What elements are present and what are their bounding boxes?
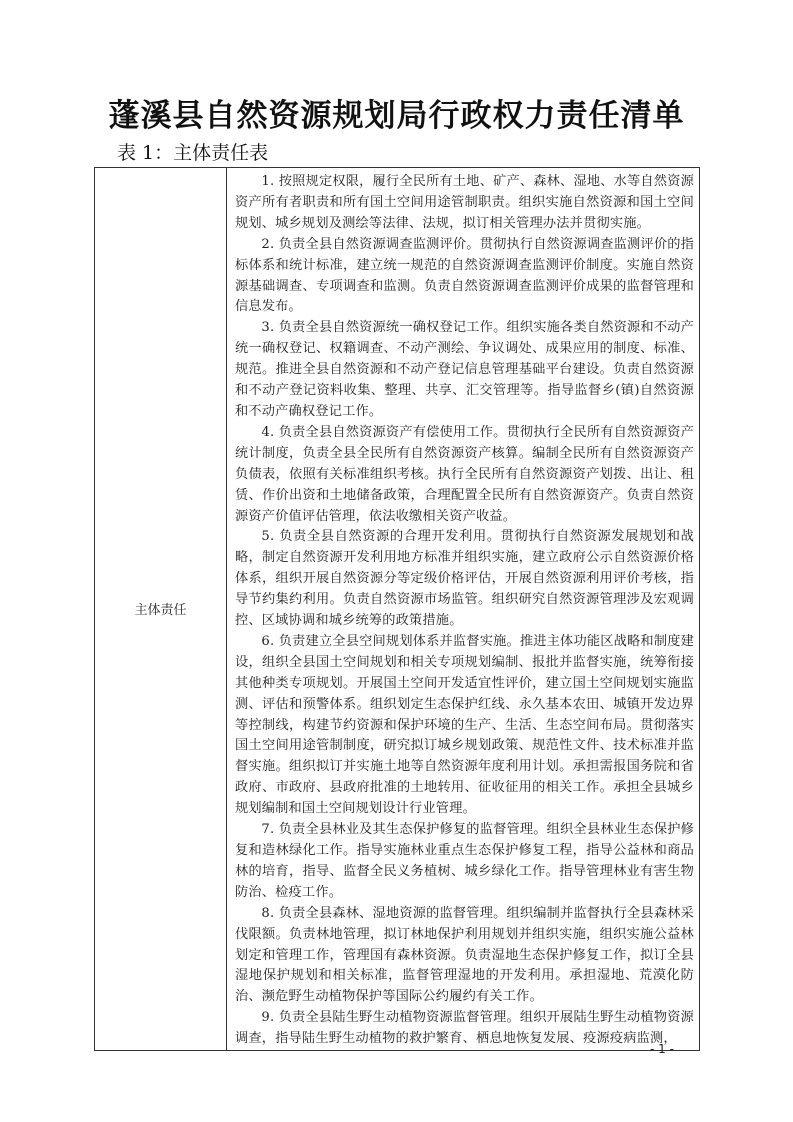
duty-item-7: 7. 负责全县林业及其生态保护修复的监督管理。组织全县林业生态保护修复和造林绿化… [235, 820, 694, 904]
table-caption: 表 1：主体责任表 [117, 140, 268, 166]
responsibility-table: 主体责任 1. 按照规定权限，履行全民所有土地、矿产、森林、湿地、水等自然资源资… [94, 167, 700, 1051]
duty-item-9: 9. 负责全县陆生野生动植物资源监督管理。组织开展陆生野生动植物资源调查，指导陆… [235, 1008, 694, 1050]
duty-item-2: 2. 负责全县自然资源调查监测评价。贯彻执行自然资源调查监测评价的指标体系和统计… [235, 235, 694, 319]
table-row: 主体责任 1. 按照规定权限，履行全民所有土地、矿产、森林、湿地、水等自然资源资… [95, 168, 700, 1051]
row-label: 主体责任 [134, 603, 186, 618]
row-content-cell: 1. 按照规定权限，履行全民所有土地、矿产、森林、湿地、水等自然资源资产所有者职… [227, 168, 700, 1051]
duty-item-4: 4. 负责全县自然资源资产有偿使用工作。贯彻执行全民所有自然资源资产统计制度，负… [235, 423, 694, 528]
duty-item-1: 1. 按照规定权限，履行全民所有土地、矿产、森林、湿地、水等自然资源资产所有者职… [235, 172, 694, 235]
page-number: - 1 - [650, 1042, 674, 1056]
document-page: 蓬溪县自然资源规划局行政权力责任清单 表 1：主体责任表 主体责任 1. 按照规… [0, 0, 793, 1122]
duty-item-8: 8. 负责全县森林、湿地资源的监督管理。组织编制并监督执行全县森林采伐限额。负责… [235, 904, 694, 1009]
duty-item-6: 6. 负责建立全县空间规划体系并监督实施。推进主体功能区战略和制度建设，组织全县… [235, 632, 694, 820]
row-label-cell: 主体责任 [95, 168, 227, 1051]
duty-item-5: 5. 负责全县自然资源的合理开发利用。贯彻执行自然资源发展规划和战略，制定自然资… [235, 527, 694, 632]
duty-item-3: 3. 负责全县自然资源统一确权登记工作。组织实施各类自然资源和不动产统一确权登记… [235, 318, 694, 423]
document-title: 蓬溪县自然资源规划局行政权力责任清单 [0, 96, 793, 136]
